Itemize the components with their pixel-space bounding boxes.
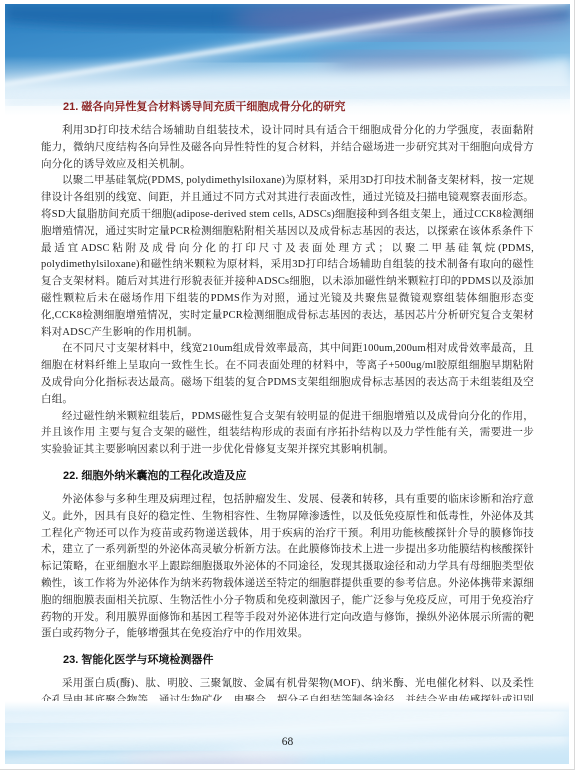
section-21: 21. 磁各向异性复合材料诱导间充质干细胞成骨分化的研究 利用3D打印技术结合场… xyxy=(41,99,534,459)
section-22-heading: 22. 细胞外纳米囊泡的工程化改造及应 xyxy=(41,468,534,485)
page-number: 68 xyxy=(0,736,575,748)
section-21-paragraph-1: 利用3D打印技术结合场辅助自组装技术，设计同时具有适合干细胞成骨分化的力学强度，… xyxy=(41,123,534,173)
section-21-paragraph-3: 在不同尺寸支架材料中，线宽210um组成骨效率最高，其中间距100um,200u… xyxy=(41,341,534,408)
section-22-paragraph-1: 外泌体参与多种生理及病理过程，包括肿瘤发生、发展、侵袭和转移，具有重要的临床诊断… xyxy=(41,492,534,643)
section-21-paragraph-4: 经过磁性纳米颗粒组装后，PDMS磁性复合支架有较明显的促进干细胞增殖以及成骨向分… xyxy=(41,409,534,459)
document-page: 21. 磁各向异性复合材料诱导间充质干细胞成骨分化的研究 利用3D打印技术结合场… xyxy=(0,0,575,770)
section-22: 22. 细胞外纳米囊泡的工程化改造及应 外泌体参与多种生理及病理过程，包括肿瘤发… xyxy=(41,468,534,643)
section-21-paragraph-2: 以聚二甲基硅氧烷(PDMS, polydimethylsiloxane)为原材料… xyxy=(41,173,534,341)
section-23-heading: 23. 智能化医学与环境检测器件 xyxy=(41,652,534,669)
document-body: 21. 磁各向异性复合材料诱导间充质干细胞成骨分化的研究 利用3D打印技术结合场… xyxy=(41,99,534,760)
section-21-heading: 21. 磁各向异性复合材料诱导间充质干细胞成骨分化的研究 xyxy=(41,99,534,116)
